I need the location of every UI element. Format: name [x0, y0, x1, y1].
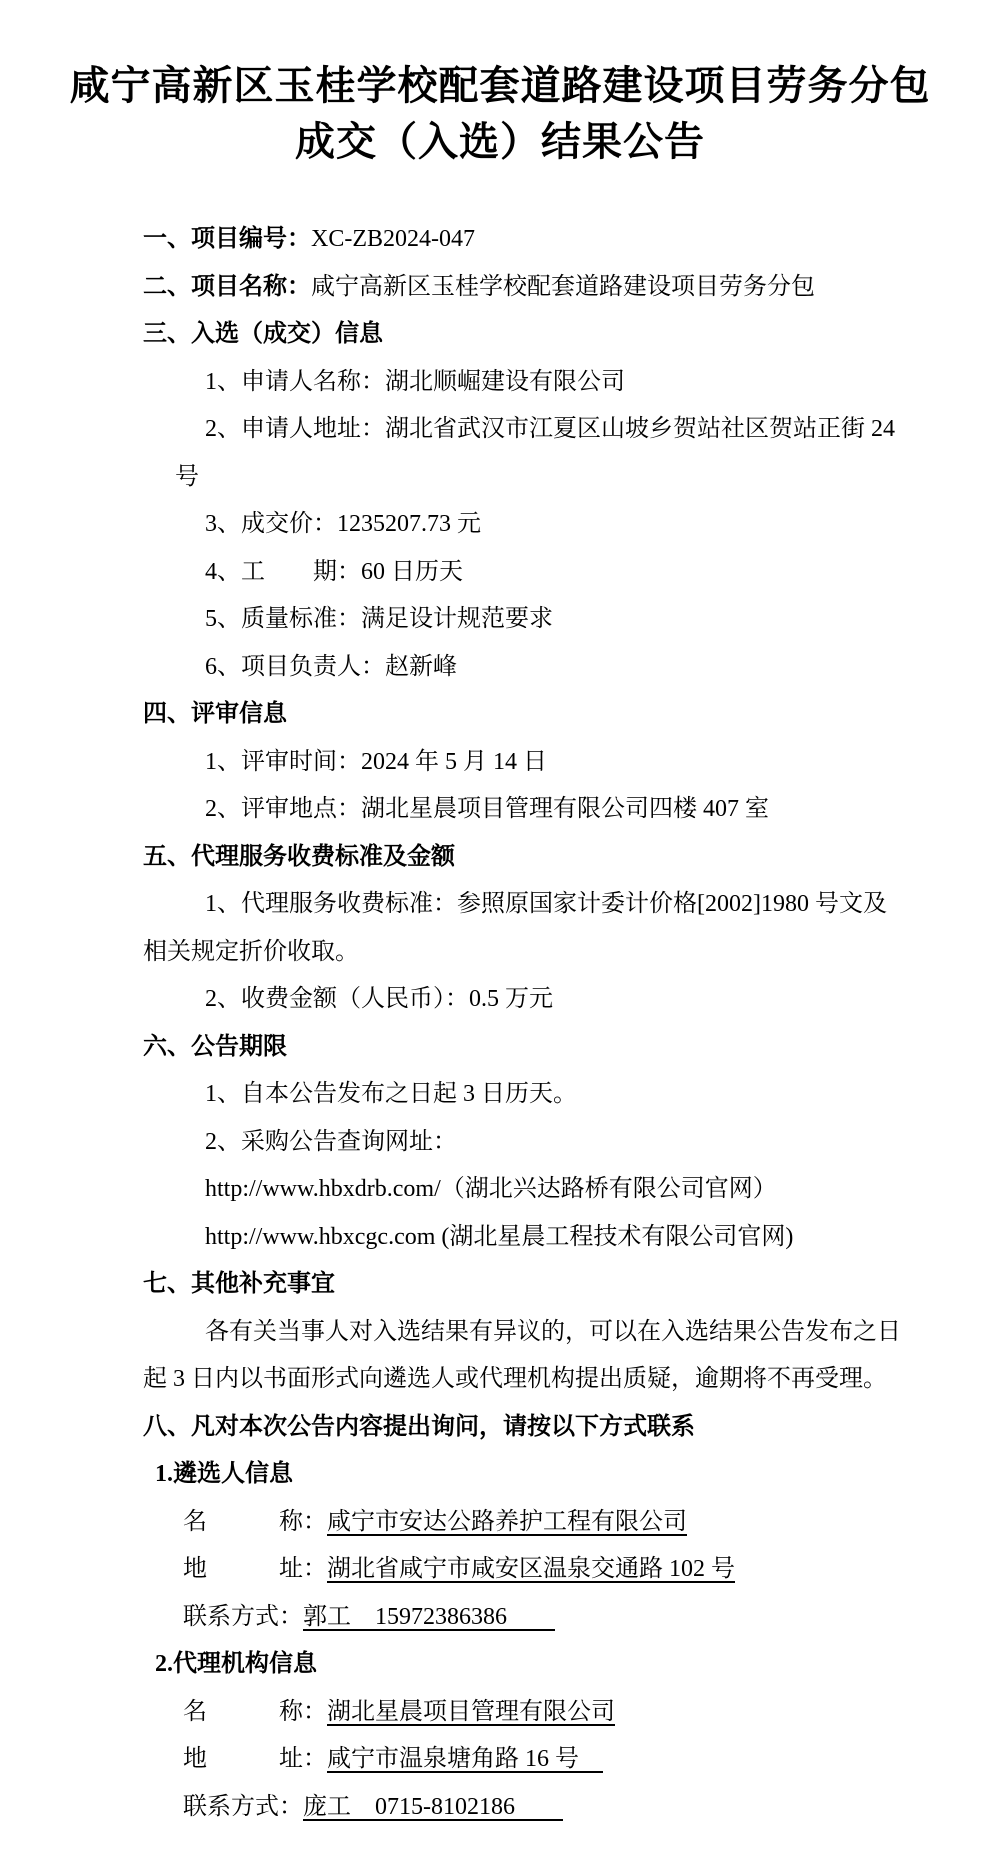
- bold-label: 五、代理服务收费标准及金额: [143, 844, 455, 870]
- doc-line: 2、申请人地址：湖北省武汉市江夏区山坡乡贺站社区贺站正街 24: [205, 406, 903, 454]
- doc-line: 七、其他补充事宜: [143, 1261, 903, 1309]
- bold-label: 八、凡对本次公告内容提出询问，请按以下方式联系: [143, 1414, 695, 1440]
- doc-line: 1.遴选人信息: [155, 1451, 903, 1499]
- doc-line: 四、评审信息: [143, 691, 903, 739]
- text-run: 1、自本公告发布之日起 3 日历天。: [205, 1081, 577, 1107]
- doc-line: 八、凡对本次公告内容提出询问，请按以下方式联系: [143, 1404, 903, 1452]
- underlined-value: 湖北星晨项目管理有限公司: [327, 1699, 615, 1725]
- doc-line: 联系方式：庞工 0715-8102186: [183, 1784, 903, 1832]
- doc-line: 3、成交价：1235207.73 元: [205, 501, 903, 549]
- doc-line: 1、自本公告发布之日起 3 日历天。: [205, 1071, 903, 1119]
- text-run: http://www.hbxcgc.com (湖北星晨工程技术有限公司官网): [205, 1224, 793, 1250]
- text-run: 2、评审地点：湖北星晨项目管理有限公司四楼 407 室: [205, 796, 769, 822]
- underlined-value: 咸宁市安达公路养护工程有限公司: [327, 1509, 687, 1535]
- doc-line: 地 址：咸宁市温泉塘角路 16 号: [183, 1736, 903, 1784]
- bold-label: 2.代理机构信息: [155, 1651, 317, 1677]
- doc-line: 一、项目编号：XC-ZB2024-047: [143, 216, 903, 264]
- doc-title-line2: 成交（入选）结果公告: [0, 114, 1000, 170]
- doc-line: 2、采购公告查询网址：: [205, 1119, 903, 1167]
- text-run: 6、项目负责人：赵新峰: [205, 654, 457, 680]
- doc-line: 2、评审地点：湖北星晨项目管理有限公司四楼 407 室: [205, 786, 903, 834]
- doc-line: http://www.hbxcgc.com (湖北星晨工程技术有限公司官网): [205, 1214, 903, 1262]
- bold-label: 一、项目编号：: [143, 226, 311, 252]
- bold-label: 三、入选（成交）信息: [143, 321, 383, 347]
- bold-label: 六、公告期限: [143, 1034, 287, 1060]
- underlined-value: 郭工 15972386386: [303, 1604, 555, 1630]
- underlined-value: 庞工 0715-8102186: [303, 1794, 563, 1820]
- underlined-value: 咸宁市温泉塘角路 16 号: [327, 1746, 603, 1772]
- text-run: 1、申请人名称：湖北顺崛建设有限公司: [205, 369, 625, 395]
- text-run: 联系方式：: [183, 1794, 303, 1820]
- text-run: 相关规定折价收取。: [143, 939, 359, 965]
- text-run: 名 称：: [183, 1509, 327, 1535]
- text-run: 2、采购公告查询网址：: [205, 1129, 457, 1155]
- text-run: 联系方式：: [183, 1604, 303, 1630]
- doc-line: 号: [175, 454, 903, 502]
- doc-line: 6、项目负责人：赵新峰: [205, 644, 903, 692]
- doc-line: 名 称：湖北星晨项目管理有限公司: [183, 1689, 903, 1737]
- doc-line: 5、质量标准：满足设计规范要求: [205, 596, 903, 644]
- doc-line: 2、收费金额（人民币）：0.5 万元: [205, 976, 903, 1024]
- text-run: 名 称：: [183, 1699, 327, 1725]
- text-run: 2、收费金额（人民币）：0.5 万元: [205, 986, 553, 1012]
- text-run: 各有关当事人对入选结果有异议的，可以在入选结果公告发布之日: [205, 1319, 901, 1345]
- doc-line: 1、申请人名称：湖北顺崛建设有限公司: [205, 359, 903, 407]
- doc-title-line1: 咸宁高新区玉桂学校配套道路建设项目劳务分包: [0, 58, 1000, 114]
- underlined-value: 湖北省咸宁市咸安区温泉交通路 102 号: [327, 1556, 735, 1582]
- text-run: 起 3 日内以书面形式向遴选人或代理机构提出质疑，逾期将不再受理。: [143, 1366, 887, 1392]
- doc-line: 五、代理服务收费标准及金额: [143, 834, 903, 882]
- doc-line: 六、公告期限: [143, 1024, 903, 1072]
- doc-line: 二、项目名称：咸宁高新区玉桂学校配套道路建设项目劳务分包: [143, 264, 903, 312]
- doc-line: 4、工 期：60 日历天: [205, 549, 903, 597]
- text-run: 咸宁高新区玉桂学校配套道路建设项目劳务分包: [311, 274, 815, 300]
- text-run: 2、申请人地址：湖北省武汉市江夏区山坡乡贺站社区贺站正街 24: [205, 416, 895, 442]
- doc-line: 名 称：咸宁市安达公路养护工程有限公司: [183, 1499, 903, 1547]
- doc-line: 1、代理服务收费标准：参照原国家计委计价格[2002]1980 号文及: [205, 881, 903, 929]
- doc-line: 起 3 日内以书面形式向遴选人或代理机构提出质疑，逾期将不再受理。: [143, 1356, 903, 1404]
- doc-title: 咸宁高新区玉桂学校配套道路建设项目劳务分包 成交（入选）结果公告: [0, 58, 1000, 170]
- text-run: XC-ZB2024-047: [311, 226, 475, 252]
- text-run: 4、工 期：60 日历天: [205, 559, 463, 585]
- doc-line: 1、评审时间：2024 年 5 月 14 日: [205, 739, 903, 787]
- doc-line: 相关规定折价收取。: [143, 929, 903, 977]
- doc-line: 2.代理机构信息: [155, 1641, 903, 1689]
- bold-label: 1.遴选人信息: [155, 1461, 293, 1487]
- bold-label: 二、项目名称：: [143, 274, 311, 300]
- bold-label: 七、其他补充事宜: [143, 1271, 335, 1297]
- bold-label: 四、评审信息: [143, 701, 287, 727]
- doc-line: 三、入选（成交）信息: [143, 311, 903, 359]
- doc-line: 地 址：湖北省咸宁市咸安区温泉交通路 102 号: [183, 1546, 903, 1594]
- text-run: 号: [175, 464, 199, 490]
- text-run: http://www.hbxdrb.com/（湖北兴达路桥有限公司官网）: [205, 1176, 777, 1202]
- text-run: 地 址：: [183, 1556, 327, 1582]
- text-run: 地 址：: [183, 1746, 327, 1772]
- text-run: 1、评审时间：2024 年 5 月 14 日: [205, 749, 547, 775]
- text-run: 3、成交价：1235207.73 元: [205, 511, 481, 537]
- doc-line: 各有关当事人对入选结果有异议的，可以在入选结果公告发布之日: [205, 1309, 903, 1357]
- text-run: 1、代理服务收费标准：参照原国家计委计价格[2002]1980 号文及: [205, 891, 887, 917]
- document-page: 咸宁高新区玉桂学校配套道路建设项目劳务分包 成交（入选）结果公告 一、项目编号：…: [0, 0, 1000, 1876]
- text-run: 5、质量标准：满足设计规范要求: [205, 606, 553, 632]
- doc-body: 一、项目编号：XC-ZB2024-047二、项目名称：咸宁高新区玉桂学校配套道路…: [143, 216, 903, 1831]
- doc-line: http://www.hbxdrb.com/（湖北兴达路桥有限公司官网）: [205, 1166, 903, 1214]
- doc-line: 联系方式：郭工 15972386386: [183, 1594, 903, 1642]
